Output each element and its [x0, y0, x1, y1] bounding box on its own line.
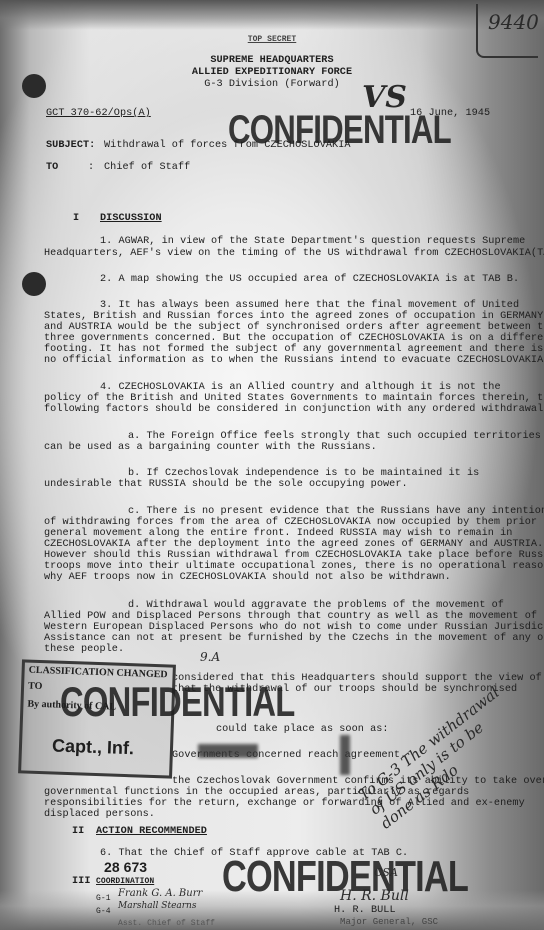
para-a-line1: a. The Foreign Office feels strongly tha…: [128, 431, 541, 442]
g4-signature: Marshall Stearns: [118, 901, 196, 911]
para-c-line7: why AEF troops now in CZECHOSLOVAKIA sho…: [44, 572, 451, 583]
section-action-title: ACTION RECOMMENDED: [96, 826, 207, 837]
to-text: Chief of Staff: [104, 162, 190, 173]
para-c-line2: of withdrawing forces from the area of C…: [44, 517, 544, 528]
side-note: 9.A: [200, 650, 220, 664]
header-line1: SUPREME HEADQUARTERS: [0, 55, 544, 66]
para-d-line4: Assistance can not at present be furnish…: [44, 633, 544, 644]
para5-sub-line1: the Czechoslovak Government confirms its…: [172, 776, 544, 787]
para4-line2: policy of the British and United States …: [44, 393, 544, 404]
para5-sub-line3: responsibilities for the return, exchang…: [44, 798, 525, 809]
para3-line3: and AUSTRIA would be the subject of sync…: [44, 322, 544, 333]
para3-line5: footing. It has not formed the subject o…: [44, 344, 543, 355]
confidential-overstamp: CONFIDENTIAL: [60, 678, 295, 726]
scan-shadow-top: [0, 0, 544, 30]
stamp-initials: CSA: [374, 866, 398, 879]
section-discussion-title: DISCUSSION: [100, 213, 162, 224]
to-label: TO: [46, 162, 58, 173]
para-d-line1: d. Withdrawal would aggravate the proble…: [128, 600, 504, 611]
section-coordination-title: COORDINATION: [96, 876, 154, 887]
margin-number: 9440: [488, 10, 539, 34]
para2: 2. A map showing the US occupied area of…: [100, 274, 519, 285]
para-d-line3: Western European Displaced Persons who d…: [44, 622, 544, 633]
para3-line4: three governments concerned. But the occ…: [44, 333, 544, 344]
g1-label: G-1: [96, 893, 111, 904]
para-c-line6: troops move into their ultimate occupati…: [44, 561, 544, 572]
subject-text: Withdrawal of forces from CZECHOSLOVAKIA: [104, 140, 351, 151]
para1-line2: Headquarters, AEF's view on the timing o…: [44, 248, 544, 259]
para-c-line3: general movement along the entire front.…: [44, 528, 512, 539]
para-d-line2: Allied POW and Displaced Persons through…: [44, 611, 537, 622]
para4-line3: following factors should be considered i…: [44, 404, 544, 415]
para-c-line5: However should this Russian withdrawal f…: [44, 550, 544, 561]
ink-smudge-vertical: [340, 735, 350, 775]
signatory-name: H. R. BULL: [334, 905, 396, 916]
top-marking: TOP SECRET: [0, 34, 544, 45]
coordination-numbers: 28 673: [104, 862, 147, 873]
para3-line1: 3. It has always been assumed here that …: [100, 300, 519, 311]
para-a-line2: can be used as a bargaining counter with…: [44, 442, 377, 453]
para1-line1: 1. AGWAR, in view of the State Departmen…: [100, 236, 525, 247]
g1-signature: Frank G. A. Burr: [118, 888, 202, 899]
ink-smudge: [198, 744, 258, 758]
punch-hole-bottom: [22, 272, 46, 296]
signature-script: H. R. Bull: [340, 888, 409, 904]
para-d-line5: these people.: [44, 644, 124, 655]
header-line2: ALLIED EXPEDITIONARY FORCE: [0, 67, 544, 78]
para-b-line2: undesirable that RUSSIA should be the so…: [44, 479, 408, 490]
signatory-title: Major General, GSC: [340, 917, 438, 928]
para-c-line4: CZECHOSLOVAKIA after the deployment into…: [44, 539, 543, 550]
para4-line1: 4. CZECHOSLOVAKIA is an Allied country a…: [100, 382, 501, 393]
file-reference: GCT 370-62/Ops(A): [46, 108, 151, 119]
bottom-left-note: Asst. Chief of Staff: [118, 918, 215, 929]
para-b-line1: b. If Czechoslovak independence is to be…: [128, 468, 479, 479]
g4-label: G-4: [96, 906, 111, 917]
section-iii-number: III: [72, 876, 91, 887]
para5-sub-line4: displaced persons.: [44, 809, 155, 820]
para3-line6: no official information as to when the R…: [44, 355, 544, 366]
header-line3: G-3 Division (Forward): [0, 79, 544, 90]
section-ii-number: II: [72, 826, 84, 837]
subject-label: SUBJECT:: [46, 140, 95, 151]
para3-line2: States, British and Russian forces into …: [44, 311, 543, 322]
initials-stamp: VS: [362, 80, 407, 115]
section-i-number: I: [73, 213, 79, 224]
para-c-line1: c. There is no present evidence that the…: [128, 506, 544, 517]
document-page: 9440 TOP SECRET SUPREME HEADQUARTERS ALL…: [0, 0, 544, 930]
